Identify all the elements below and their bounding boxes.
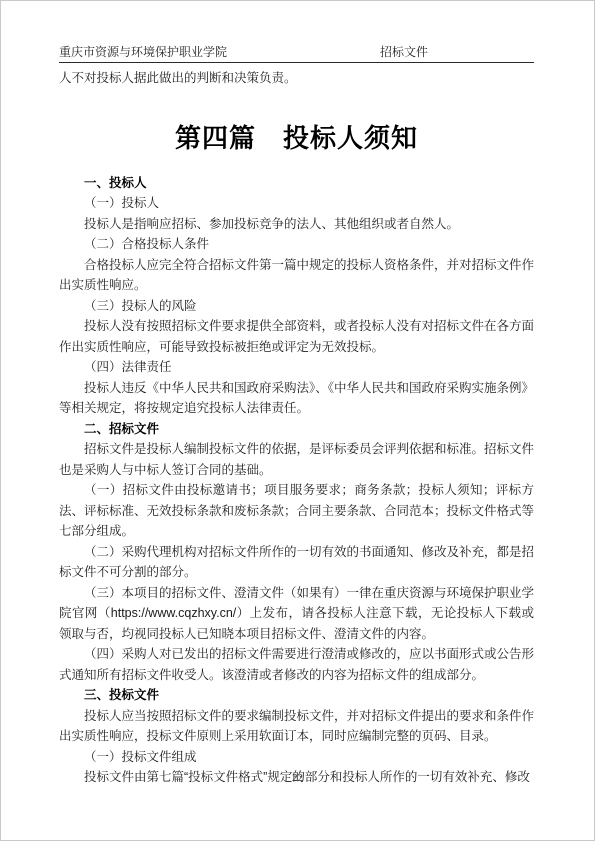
document-body: 一、投标人 （一）投标人 投标人是指响应招标、参加投标竞争的法人、其他组织或者自… — [59, 173, 534, 788]
section-heading-bidder: 一、投标人 — [59, 173, 534, 194]
section-heading-bid-document: 三、投标文件 — [59, 685, 534, 706]
paragraph: （四）法律责任 — [59, 357, 534, 378]
paragraph: 投标人违反《中华人民共和国政府采购法》、《中华人民共和国政府采购实施条例》等相关… — [59, 378, 534, 419]
paragraph: 投标人没有按照招标文件要求提供全部资料，或者投标人没有对招标文件在各方面作出实质… — [59, 316, 534, 357]
paragraph: （一）投标人 — [59, 193, 534, 214]
paragraph: （四）采购人对已发出的招标文件需要进行澄清或修改的，应以书面形式或公告形式通知所… — [59, 644, 534, 685]
paragraph: （一）招标文件由投标邀请书；项目服务要求；商务条款；投标人须知；评标方法、评标标… — [59, 480, 534, 542]
paragraph: （一）投标文件组成 — [59, 747, 534, 768]
paragraph: （二）采购代理机构对招标文件所作的一切有效的书面通知、修改及补充，都是招标文件不… — [59, 542, 534, 583]
document-page: 重庆市资源与环境保护职业学院 招标文件 人不对投标人据此做出的判断和决策负责。 … — [0, 0, 595, 841]
paragraph: 合格投标人应完全符合招标文件第一篇中规定的投标人资格条件，并对招标文件作出实质性… — [59, 255, 534, 296]
page-header: 重庆市资源与环境保护职业学院 招标文件 — [59, 45, 534, 63]
paragraph: （三）投标人的风险 — [59, 296, 534, 317]
paragraph: 招标文件是投标人编制投标文件的依据，是评标委员会评判依据和标准。招标文件也是采购… — [59, 439, 534, 480]
paragraph: （三）本项目的招标文件、澄清文件（如果有）一律在重庆资源与环境保护职业学院官网（… — [59, 583, 534, 645]
page-title: 第四篇 投标人须知 — [59, 121, 534, 155]
paragraph: （二）合格投标人条件 — [59, 234, 534, 255]
section-heading-tender-document: 二、招标文件 — [59, 419, 534, 440]
header-right-text: 招标文件 — [380, 45, 428, 60]
paragraph: 投标人应当按照招标文件的要求编制投标文件，并对招标文件提出的要求和条件作出实质性… — [59, 706, 534, 747]
paragraph: 投标人是指响应招标、参加投标竞争的法人、其他组织或者自然人。 — [59, 214, 534, 235]
header-left-text: 重庆市资源与环境保护职业学院 — [59, 45, 227, 60]
page-number: 22 — [1, 772, 594, 784]
intro-paragraph: 人不对投标人据此做出的判断和决策负责。 — [59, 68, 534, 89]
